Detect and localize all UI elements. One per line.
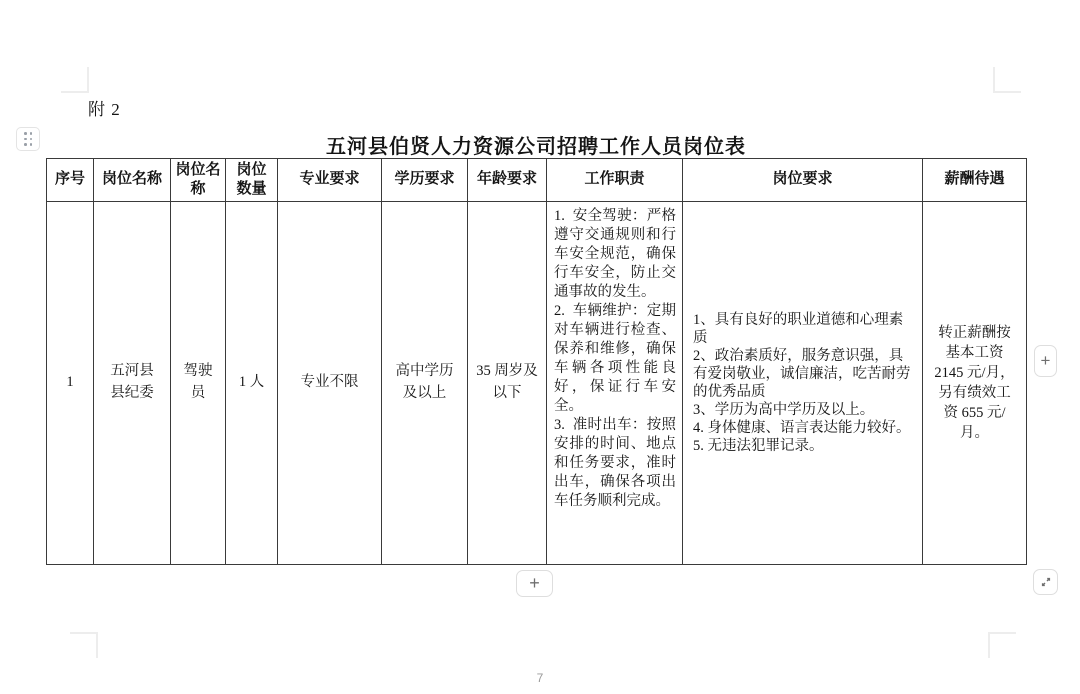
attachment-label: 附 2	[88, 95, 121, 120]
col-header-salary[interactable]: 薪酬待遇	[923, 159, 1027, 202]
margin-corner-mark	[993, 67, 1021, 93]
add-row-button[interactable]: +	[516, 570, 553, 597]
add-column-button[interactable]: +	[1034, 345, 1057, 377]
margin-corner-mark	[988, 632, 1016, 658]
cell-unit[interactable]: 五河县县纪委	[94, 201, 171, 564]
col-header-age[interactable]: 年龄要求	[468, 159, 547, 202]
col-header-education[interactable]: 学历要求	[382, 159, 468, 202]
cell-duties[interactable]: 1. 安全驾驶：严格遵守交通规则和行车安全规范，确保行车安全，防止交通事故的发生…	[547, 201, 683, 564]
expand-diagonal-icon	[1040, 576, 1052, 588]
cell-salary[interactable]: 转正薪酬按基本工资 2145 元/月，另有绩效工资 655 元/月。	[923, 201, 1027, 564]
col-header-count[interactable]: 岗位数量	[226, 159, 278, 202]
plus-icon: +	[1041, 351, 1051, 371]
margin-corner-mark	[70, 632, 98, 658]
page-title: 五河县伯贤人力资源公司招聘工作人员岗位表	[46, 130, 1026, 159]
margin-corner-mark	[61, 67, 89, 93]
plus-icon: +	[529, 573, 540, 594]
col-header-requirements[interactable]: 岗位要求	[683, 159, 923, 202]
col-header-duties[interactable]: 工作职责	[547, 159, 683, 202]
cell-major[interactable]: 专业不限	[278, 201, 382, 564]
cell-position[interactable]: 驾驶员	[171, 201, 226, 564]
col-header-seq[interactable]: 序号	[47, 159, 94, 202]
expand-table-button[interactable]	[1033, 569, 1058, 595]
cell-seq[interactable]: 1	[47, 201, 94, 564]
positions-table: 序号 岗位名称 岗位名称 岗位数量 专业要求 学历要求 年龄要求 工作职责 岗位…	[46, 158, 1027, 565]
table-header-row: 序号 岗位名称 岗位名称 岗位数量 专业要求 学历要求 年龄要求 工作职责 岗位…	[47, 159, 1027, 202]
page-number: 7	[0, 671, 1080, 685]
col-header-unit[interactable]: 岗位名称	[94, 159, 171, 202]
table-row: 1 五河县县纪委 驾驶员 1 人 专业不限 高中学历及以上 35 周岁及以下 1…	[47, 201, 1027, 564]
cell-requirements[interactable]: 1、具有良好的职业道德和心理素质 2、政治素质好，服务意识强，具有爱岗敬业，诚信…	[683, 201, 923, 564]
cell-age[interactable]: 35 周岁及以下	[468, 201, 547, 564]
cell-count[interactable]: 1 人	[226, 201, 278, 564]
col-header-position[interactable]: 岗位名称	[171, 159, 226, 202]
table-drag-handle[interactable]	[16, 127, 40, 151]
document-page: 附 2 五河县伯贤人力资源公司招聘工作人员岗位表 序号 岗位名称 岗位名称 岗位…	[0, 0, 1080, 694]
grid-dots-icon	[24, 132, 32, 146]
col-header-major[interactable]: 专业要求	[278, 159, 382, 202]
cell-education[interactable]: 高中学历及以上	[382, 201, 468, 564]
